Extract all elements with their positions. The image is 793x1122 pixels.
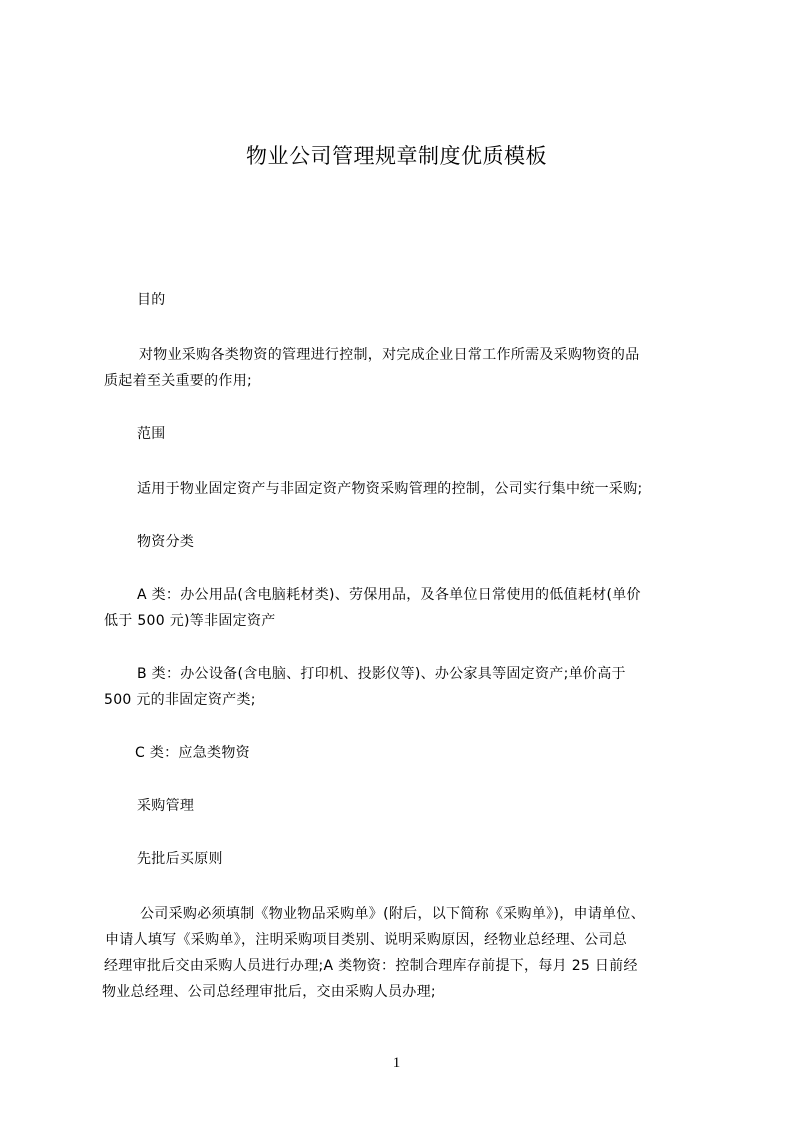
document-title: 物业公司管理规章制度优质模板: [0, 140, 793, 170]
paragraph-class-c: C 类：应急类物资: [135, 740, 250, 766]
paragraph-class-a-line-2: 低于 500 元)等非固定资产: [104, 608, 276, 634]
heading-purpose: 目的: [137, 287, 166, 313]
heading-approve-before-purchase: 先批后买原则: [137, 846, 223, 872]
page-number: 1: [0, 1055, 793, 1072]
paragraph-class-b-line-2: 500 元的非固定资产类;: [104, 687, 256, 713]
paragraph-purpose-line-2: 质起着至关重要的作用;: [104, 368, 252, 394]
paragraph-procurement-line-3: 经理审批后交由采购人员进行办理;A 类物资：控制合理库存前提下，每月 25 日前…: [104, 953, 638, 979]
paragraph-class-b-line-1: B 类：办公设备(含电脑、打印机、投影仪等)、办公家具等固定资产;单价高于: [137, 661, 626, 687]
heading-scope: 范围: [137, 421, 166, 447]
paragraph-procurement-line-4: 物业总经理、公司总经理审批后，交由采购人员办理;: [102, 979, 436, 1005]
paragraph-class-a-line-1: A 类：办公用品(含电脑耗材类)、劳保用品，及各单位日常使用的低值耗材(单价: [137, 582, 641, 608]
heading-procurement-management: 采购管理: [137, 793, 194, 819]
paragraph-procurement-line-1: 公司采购必须填制《物业物品采购单》(附后，以下简称《采购单》)，申请单位、: [140, 901, 645, 927]
paragraph-scope: 适用于物业固定资产与非固定资产物资采购管理的控制，公司实行集中统一采购;: [137, 476, 643, 502]
paragraph-procurement-line-2: 申请人填写《采购单》，注明采购项目类别、说明采购原因，经物业总经理、公司总: [105, 927, 627, 953]
heading-material-classification: 物资分类: [137, 529, 194, 555]
paragraph-purpose-line-1: 对物业采购各类物资的管理进行控制，对完成企业日常工作所需及采购物资的品: [139, 342, 640, 368]
